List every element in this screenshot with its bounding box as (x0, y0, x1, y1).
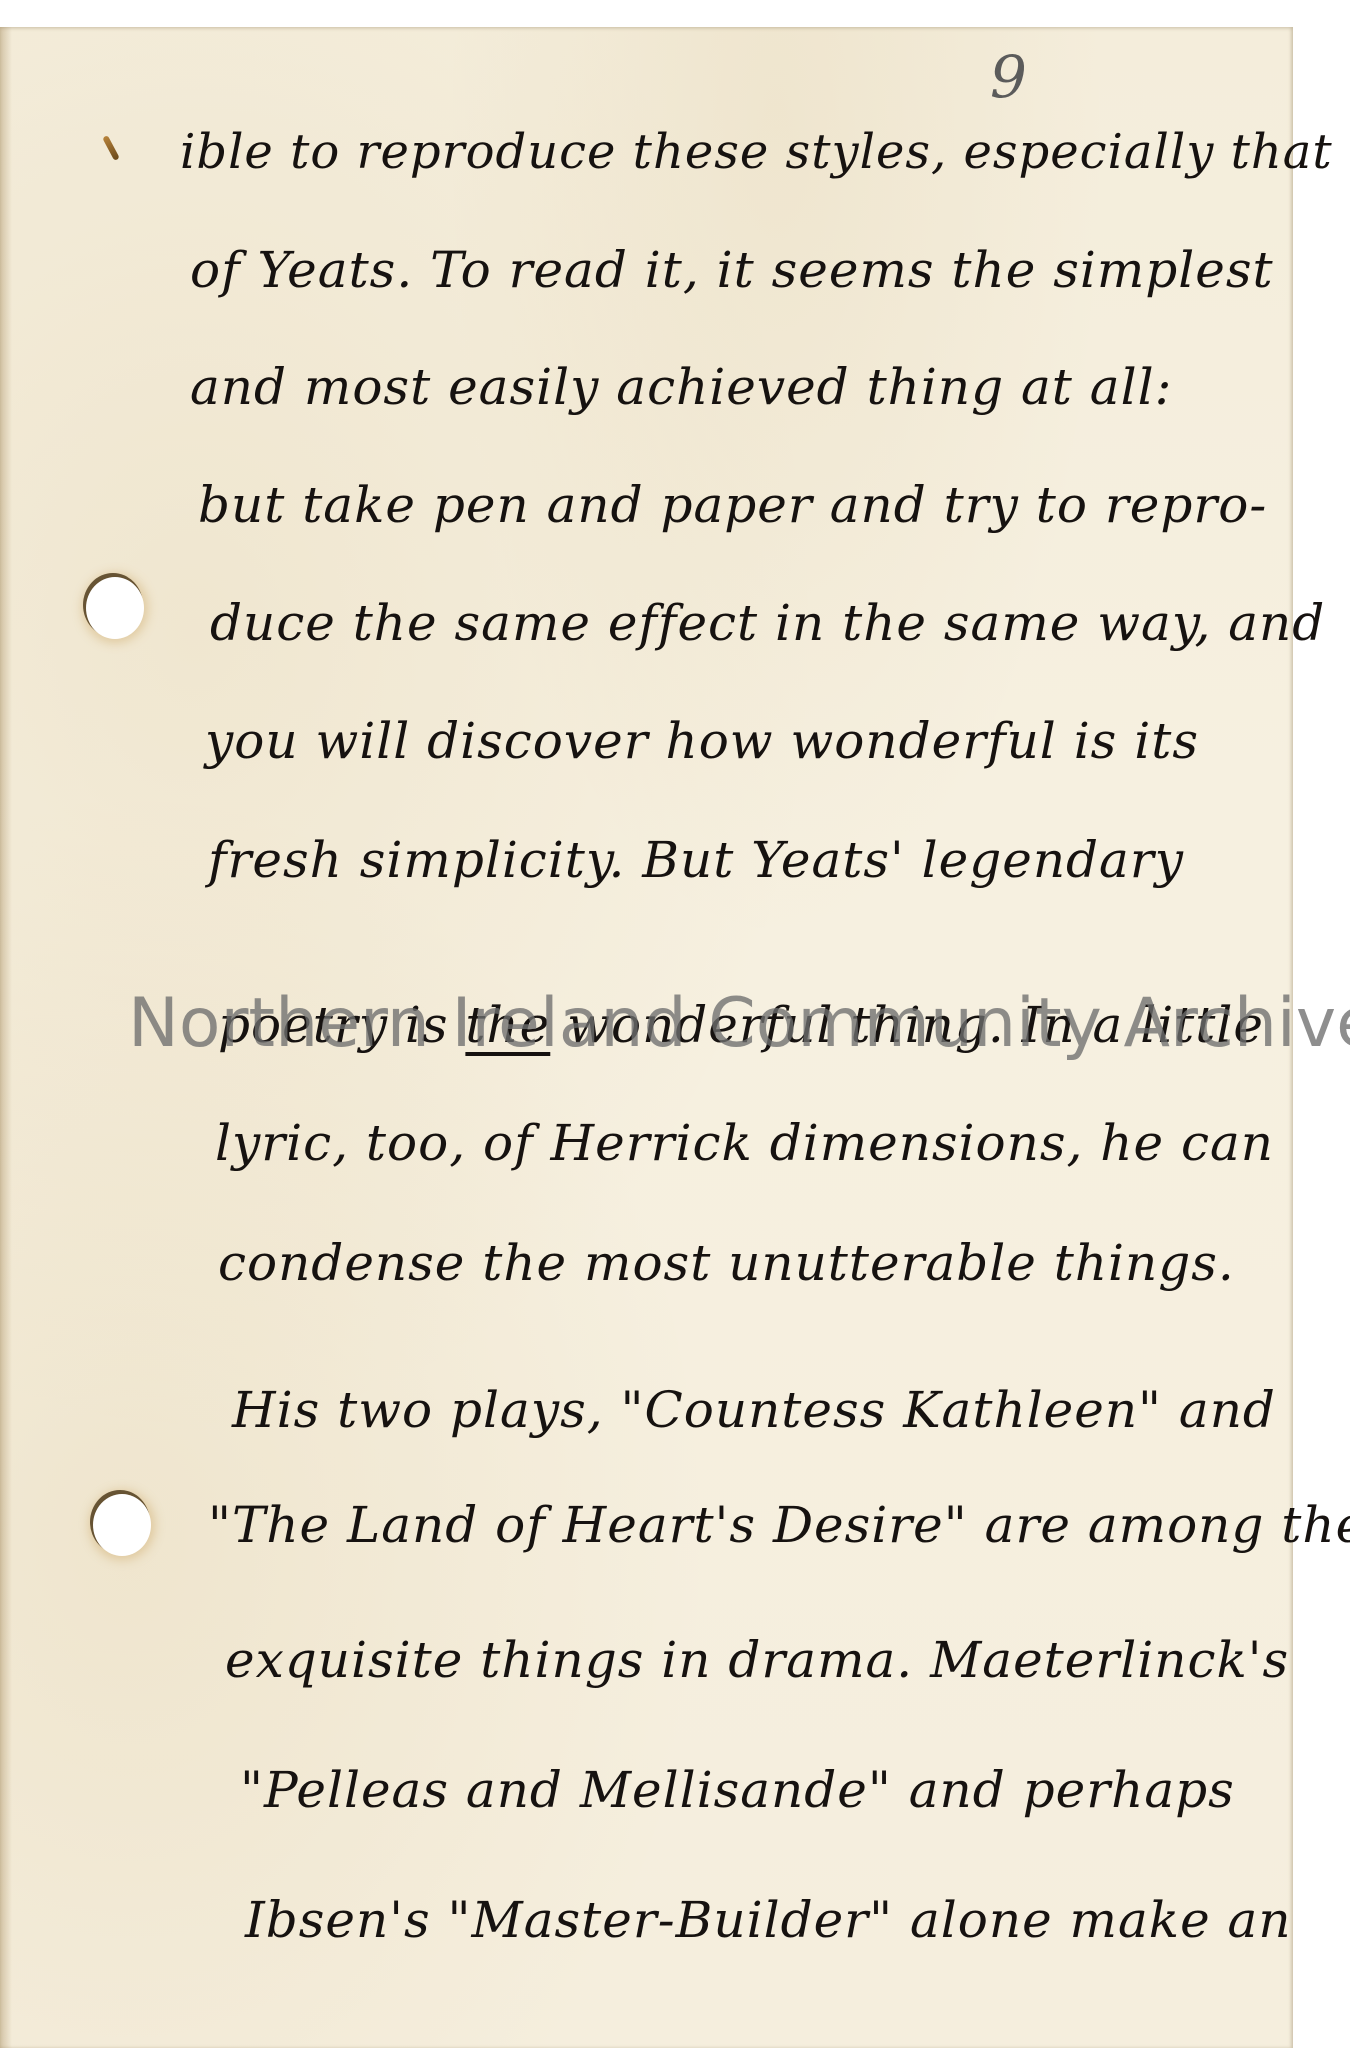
page-number: 9 (990, 48, 1027, 106)
text-line: ible to reproduce these styles, especial… (180, 128, 1333, 176)
text-line: you will discover how wonderful is its (205, 716, 1199, 766)
text-line: lyric, too, of Herrick dimensions, he ca… (215, 1118, 1274, 1168)
text-segment: wonderful thing. In a little (550, 996, 1264, 1054)
text-line: exquisite things in drama. Maeterlinck's (225, 1635, 1289, 1685)
text-line: His two plays, "Countess Kathleen" and (232, 1385, 1276, 1435)
text-line: but take pen and paper and try to repro- (198, 480, 1267, 530)
underlined-word: the (465, 996, 550, 1054)
text-line: Ibsen's "Master-Builder" alone make an (245, 1895, 1292, 1945)
text-line: "The Land of Heart's Desire" are among t… (208, 1500, 1350, 1550)
punch-hole-icon (86, 577, 144, 639)
text-line: of Yeats. To read it, it seems the simpl… (190, 245, 1274, 295)
punch-hole-icon (93, 1494, 151, 1556)
text-line: and most easily achieved thing at all: (190, 362, 1172, 412)
text-line: condense the most unutterable things. (218, 1238, 1235, 1288)
text-line: fresh simplicity. But Yeats' legendary (208, 835, 1184, 885)
text-line: poetry is the wonderful thing. In a litt… (218, 1000, 1264, 1050)
paper-edge-stain (0, 27, 12, 2048)
text-line: "Pelleas and Mellisande" and perhaps (240, 1765, 1235, 1815)
text-line: duce the same effect in the same way, an… (210, 598, 1325, 648)
text-segment: poetry is (218, 996, 465, 1054)
